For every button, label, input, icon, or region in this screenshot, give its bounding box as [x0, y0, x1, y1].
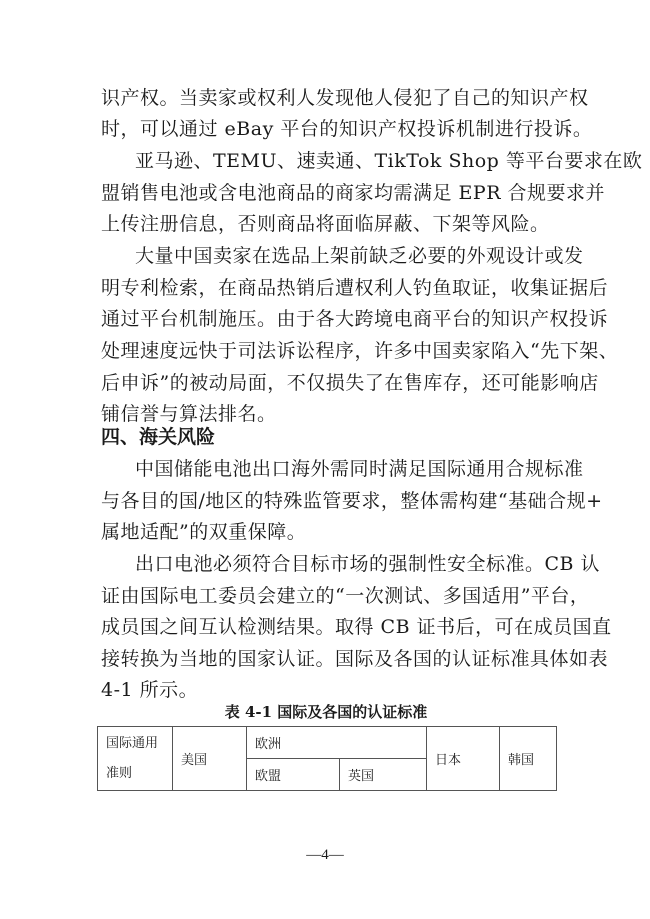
header-cell-international: 国际通用 准则 — [98, 727, 173, 791]
body-line: 处理速度远快于司法诉讼程序，许多中国卖家陷入“先下架、 — [101, 336, 551, 366]
page-number: —4— — [0, 845, 650, 865]
header-intl-line1: 国际通用 — [106, 729, 172, 759]
body-line: 证由国际电工委员会建立的“一次测试、多国适用”平台， — [101, 581, 551, 611]
document-page: 识产权。当卖家或权利人发现他人侵犯了自己的知识产权 时，可以通过 eBay 平台… — [0, 0, 650, 919]
table-header-row: 国际通用 准则 美国 欧洲 日本 韩国 — [98, 727, 557, 759]
header-cell-europe: 欧洲 — [247, 727, 427, 759]
body-line: 时，可以通过 eBay 平台的知识产权投诉机制进行投诉。 — [101, 114, 551, 144]
header-cell-usa: 美国 — [173, 727, 247, 791]
body-line: 属地适配”的双重保障。 — [101, 517, 551, 547]
body-line: 接转换为当地的国家认证。国际及各国的认证标准具体如表 — [101, 644, 551, 674]
section-heading: 四、海关风险 — [101, 422, 215, 452]
certification-table: 国际通用 准则 美国 欧洲 日本 韩国 欧盟 英国 — [97, 726, 557, 791]
body-line: 亚马逊、TEMU、速卖通、TikTok Shop 等平台要求在欧 — [135, 146, 551, 176]
table-caption: 表 4-1 国际及各国的认证标准 — [97, 700, 555, 724]
body-line: 上传注册信息，否则商品将面临屏蔽、下架等风险。 — [101, 209, 551, 239]
body-line: 成员国之间互认检测结果。取得 CB 证书后，可在成员国直 — [101, 612, 551, 642]
body-line: 出口电池必须符合目标市场的强制性安全标准。CB 认 — [135, 549, 551, 579]
body-line: 中国储能电池出口海外需同时满足国际通用合规标准 — [135, 454, 551, 484]
body-line: 大量中国卖家在选品上架前缺乏必要的外观设计或发 — [135, 241, 551, 271]
header-cell-uk: 英国 — [340, 759, 427, 791]
body-line: 后申诉”的被动局面，不仅损失了在售库存，还可能影响店 — [101, 368, 551, 398]
header-cell-korea: 韩国 — [500, 727, 557, 791]
body-line: 明专利检索，在商品热销后遭权利人钓鱼取证，收集证据后 — [101, 273, 551, 303]
header-cell-eu: 欧盟 — [247, 759, 340, 791]
body-line: 通过平台机制施压。由于各大跨境电商平台的知识产权投诉 — [101, 304, 551, 334]
body-line: 识产权。当卖家或权利人发现他人侵犯了自己的知识产权 — [101, 83, 551, 113]
header-intl-line2: 准则 — [106, 759, 172, 789]
body-line: 与各目的国/地区的特殊监管要求，整体需构建“基础合规+ — [101, 486, 551, 516]
body-line: 盟销售电池或含电池商品的商家均需满足 EPR 合规要求并 — [101, 178, 551, 208]
header-cell-japan: 日本 — [427, 727, 500, 791]
